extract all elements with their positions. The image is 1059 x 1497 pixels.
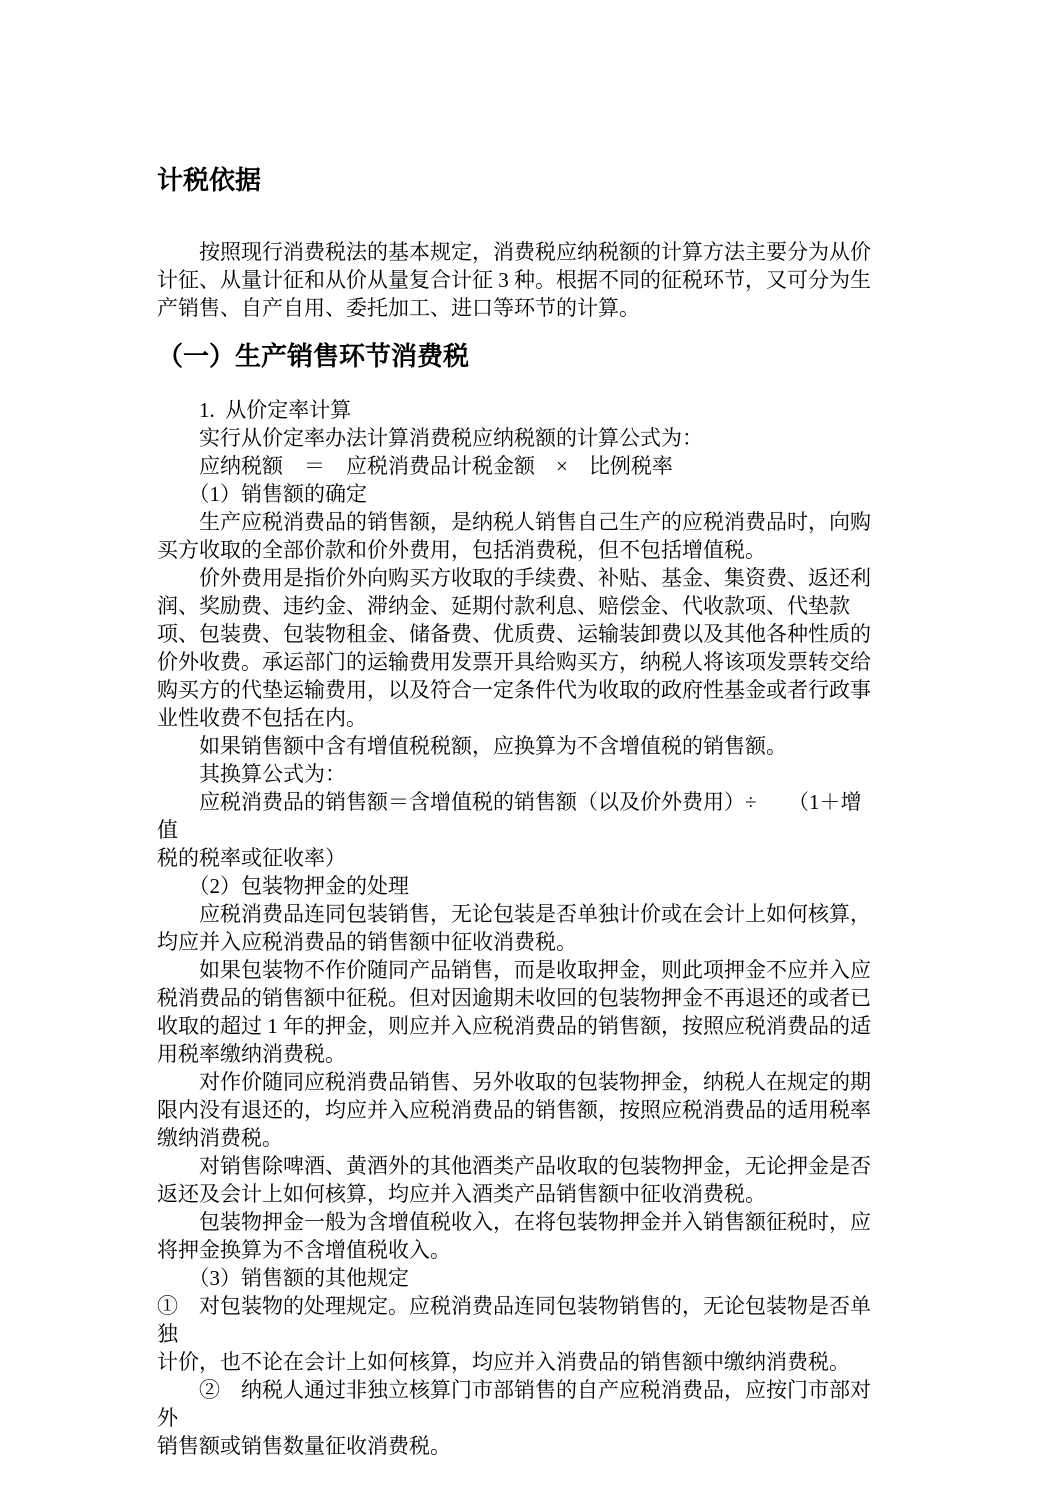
text-line: （1）销售额的确定 <box>157 480 879 508</box>
paragraph: ① 对包装物的处理规定。应税消费品连同包装物销售的，无论包装物是否单独计价，也不… <box>157 1292 879 1376</box>
text-line: 收取的超过 1 年的押金，则应并入应税消费品的销售额，按照应税消费品的适 <box>157 1012 879 1040</box>
paragraph: 按照现行消费税法的基本规定，消费税应纳税额的计算方法主要分为从价计征、从量计征和… <box>157 238 879 322</box>
text-line: 限内没有退还的，均应并入应税消费品的销售额，按照应税消费品的适用税率 <box>157 1096 879 1124</box>
text-line: 项、包装费、包装物租金、储备费、优质费、运输装卸费以及其他各种性质的 <box>157 620 879 648</box>
text-line: 缴纳消费税。 <box>157 1124 879 1152</box>
paragraph: ② 纳税人通过非独立核算门市部销售的自产应税消费品，应按门市部对外销售额或销售数… <box>157 1376 879 1460</box>
document-body: 按照现行消费税法的基本规定，消费税应纳税额的计算方法主要分为从价计征、从量计征和… <box>157 238 879 1460</box>
text-line: 购买方的代垫运输费用，以及符合一定条件代为收取的政府性基金或者行政事 <box>157 676 879 704</box>
paragraph: 生产应税消费品的销售额，是纳税人销售自己生产的应税消费品时，向购买方收取的全部价… <box>157 508 879 564</box>
paragraph: （2）包装物押金的处理 <box>157 872 879 900</box>
document-content: 计税依据 按照现行消费税法的基本规定，消费税应纳税额的计算方法主要分为从价计征、… <box>157 166 879 1460</box>
text-line: 如果包装物不作价随同产品销售，而是收取押金，则此项押金不应并入应 <box>157 956 879 984</box>
paragraph: （3）销售额的其他规定 <box>157 1264 879 1292</box>
text-line: 销售额或销售数量征收消费税。 <box>157 1432 879 1460</box>
text-line: 产销售、自产自用、委托加工、进口等环节的计算。 <box>157 294 879 322</box>
text-line: （3）销售额的其他规定 <box>157 1264 879 1292</box>
text-line: 将押金换算为不含增值税收入。 <box>157 1236 879 1264</box>
text-line: 润、奖励费、违约金、滞纳金、延期付款利息、赔偿金、代收款项、代垫款 <box>157 592 879 620</box>
text-line: 买方收取的全部价款和价外费用，包括消费税，但不包括增值税。 <box>157 536 879 564</box>
text-line: （2）包装物押金的处理 <box>157 872 879 900</box>
document-page: 计税依据 按照现行消费税法的基本规定，消费税应纳税额的计算方法主要分为从价计征、… <box>0 0 1059 1497</box>
paragraph: 价外费用是指价外向购买方收取的手续费、补贴、基金、集资费、返还利润、奖励费、违约… <box>157 564 879 732</box>
paragraph: 其换算公式为： <box>157 760 879 788</box>
text-line: 生产应税消费品的销售额，是纳税人销售自己生产的应税消费品时，向购 <box>157 508 879 536</box>
paragraph: 对销售除啤酒、黄酒外的其他酒类产品收取的包装物押金，无论押金是否返还及会计上如何… <box>157 1152 879 1208</box>
text-line: 对销售除啤酒、黄酒外的其他酒类产品收取的包装物押金，无论押金是否 <box>157 1152 879 1180</box>
document-title: 计税依据 <box>157 166 879 196</box>
text-line: 按照现行消费税法的基本规定，消费税应纳税额的计算方法主要分为从价 <box>157 238 879 266</box>
text-line: 如果销售额中含有增值税税额，应换算为不含增值税的销售额。 <box>157 732 879 760</box>
text-line: 应纳税额 ＝ 应税消费品计税金额 × 比例税率 <box>157 452 879 480</box>
text-line: 税消费品的销售额中征税。但对因逾期未收回的包装物押金不再退还的或者已 <box>157 984 879 1012</box>
paragraph: 应税消费品连同包装销售，无论包装是否单独计价或在会计上如何核算，均应并入应税消费… <box>157 900 879 956</box>
text-line: 1. 从价定率计算 <box>157 396 879 424</box>
text-line: 计征、从量计征和从价从量复合计征 3 种。根据不同的征税环节，又可分为生 <box>157 266 879 294</box>
paragraph: （1）销售额的确定 <box>157 480 879 508</box>
paragraph: 包装物押金一般为含增值税收入，在将包装物押金并入销售额征税时，应将押金换算为不含… <box>157 1208 879 1264</box>
paragraph: 如果包装物不作价随同产品销售，而是收取押金，则此项押金不应并入应税消费品的销售额… <box>157 956 879 1068</box>
text-line: 其换算公式为： <box>157 760 879 788</box>
text-line: 应税消费品连同包装销售，无论包装是否单独计价或在会计上如何核算， <box>157 900 879 928</box>
paragraph: 对作价随同应税消费品销售、另外收取的包装物押金，纳税人在规定的期限内没有退还的，… <box>157 1068 879 1152</box>
text-line: ① 对包装物的处理规定。应税消费品连同包装物销售的，无论包装物是否单独 <box>157 1292 879 1348</box>
text-line: 返还及会计上如何核算，均应并入酒类产品销售额中征收消费税。 <box>157 1180 879 1208</box>
text-line: ② 纳税人通过非独立核算门市部销售的自产应税消费品，应按门市部对外 <box>157 1376 879 1432</box>
text-line: 实行从价定率办法计算消费税应纳税额的计算公式为： <box>157 424 879 452</box>
paragraph: 应纳税额 ＝ 应税消费品计税金额 × 比例税率 <box>157 452 879 480</box>
text-line: 应税消费品的销售额＝含增值税的销售额（以及价外费用）÷ （1＋增值 <box>157 788 879 844</box>
paragraph: 实行从价定率办法计算消费税应纳税额的计算公式为： <box>157 424 879 452</box>
text-line: 包装物押金一般为含增值税收入，在将包装物押金并入销售额征税时，应 <box>157 1208 879 1236</box>
section-heading: （一）生产销售环节消费税 <box>157 342 879 372</box>
paragraph: 应税消费品的销售额＝含增值税的销售额（以及价外费用）÷ （1＋增值税的税率或征收… <box>157 788 879 872</box>
paragraph: 1. 从价定率计算 <box>157 396 879 424</box>
text-line: 用税率缴纳消费税。 <box>157 1040 879 1068</box>
text-line: 计价，也不论在会计上如何核算，均应并入消费品的销售额中缴纳消费税。 <box>157 1348 879 1376</box>
paragraph: 如果销售额中含有增值税税额，应换算为不含增值税的销售额。 <box>157 732 879 760</box>
text-line: 价外费用是指价外向购买方收取的手续费、补贴、基金、集资费、返还利 <box>157 564 879 592</box>
text-line: 价外收费。承运部门的运输费用发票开具给购买方，纳税人将该项发票转交给 <box>157 648 879 676</box>
text-line: 均应并入应税消费品的销售额中征收消费税。 <box>157 928 879 956</box>
text-line: 业性收费不包括在内。 <box>157 704 879 732</box>
text-line: 税的税率或征收率） <box>157 844 879 872</box>
text-line: 对作价随同应税消费品销售、另外收取的包装物押金，纳税人在规定的期 <box>157 1068 879 1096</box>
